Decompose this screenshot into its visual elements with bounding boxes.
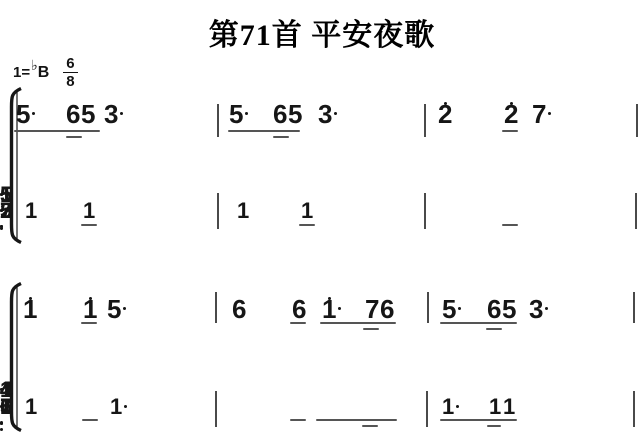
- beam-line: [14, 130, 100, 132]
- beam-line: [502, 130, 518, 132]
- barline: [217, 104, 219, 137]
- augmentation-dot: [120, 112, 123, 115]
- barline: [424, 193, 426, 229]
- octave-dot-above: [510, 102, 513, 105]
- beam-line-2: [487, 425, 501, 427]
- note-digit: 6: [292, 296, 306, 322]
- beam-line: [82, 419, 98, 421]
- augmentation-dot: [456, 405, 459, 408]
- note-digit: 6: [232, 296, 246, 322]
- octave-dot-above: [29, 297, 32, 300]
- barline: [633, 292, 635, 323]
- beam-line-2: [273, 136, 289, 138]
- note-digit: 5: [442, 296, 456, 322]
- note-digit: 5: [16, 101, 30, 127]
- augmentation-dot: [458, 307, 461, 310]
- augmentation-dot: [245, 112, 248, 115]
- note-digit: 1: [83, 200, 95, 222]
- note-digit: 6: [66, 101, 80, 127]
- beam-line: [502, 224, 518, 226]
- barline: [424, 104, 426, 137]
- note-digit: 3: [318, 101, 332, 127]
- barline: [426, 391, 428, 427]
- beam-line: [290, 322, 306, 324]
- beam-line: [228, 130, 300, 132]
- note-digit: 1: [25, 396, 37, 418]
- note-digit: 5: [288, 101, 302, 127]
- barline: [427, 292, 429, 323]
- beam-line: [290, 419, 306, 421]
- note-digit: 5: [229, 101, 243, 127]
- octave-dot-below: [0, 421, 3, 424]
- note-digit: 6: [487, 296, 501, 322]
- note-digit: 3: [529, 296, 543, 322]
- note-digit: 3: [104, 101, 118, 127]
- beam-line: [316, 419, 397, 421]
- note-digit: 5: [502, 296, 516, 322]
- augmentation-dot: [334, 112, 337, 115]
- octave-dot-below: [0, 227, 3, 230]
- note-digit: 1: [237, 200, 249, 222]
- barline: [215, 292, 217, 323]
- note-digit: 6: [380, 296, 394, 322]
- note-digit: 1: [25, 200, 37, 222]
- augmentation-dot: [545, 307, 548, 310]
- note-digit: 6: [273, 101, 287, 127]
- augmentation-dot: [123, 307, 126, 310]
- octave-dot-below: [0, 428, 3, 431]
- note-digit: 1: [301, 200, 313, 222]
- beam-line: [81, 322, 97, 324]
- beam-line-2: [486, 328, 502, 330]
- augmentation-dot: [32, 112, 35, 115]
- beam-line: [299, 224, 315, 226]
- score-area: 5653565322711151115575752115661765653115…: [0, 0, 644, 435]
- augmentation-dot: [548, 112, 551, 115]
- note-digit: 7: [532, 101, 546, 127]
- beam-line: [440, 322, 517, 324]
- octave-dot-above: [328, 297, 331, 300]
- beam-line: [440, 419, 517, 421]
- beam-line-2: [363, 328, 379, 330]
- note-digit: 1: [110, 396, 122, 418]
- barline: [633, 391, 635, 427]
- barline: [215, 391, 217, 427]
- note-digit: 1: [503, 396, 515, 418]
- note-digit: 5: [107, 296, 121, 322]
- note-digit: 5: [81, 101, 95, 127]
- barline: [217, 193, 219, 229]
- note-digit: 1: [489, 396, 501, 418]
- barline: [636, 104, 638, 137]
- beam-line: [81, 224, 97, 226]
- octave-dot-above: [89, 297, 92, 300]
- augmentation-dot: [338, 307, 341, 310]
- barline: [635, 193, 637, 229]
- beam-line-2: [66, 136, 82, 138]
- note-digit: 1: [442, 396, 454, 418]
- augmentation-dot: [124, 405, 127, 408]
- octave-dot-above: [444, 102, 447, 105]
- beam-line-2: [362, 425, 378, 427]
- beam-line: [320, 322, 396, 324]
- note-digit: 7: [365, 296, 379, 322]
- sheet-music-page: 第71首 平安夜歌 1=♭B 6 8 565356532271115111557…: [0, 0, 644, 435]
